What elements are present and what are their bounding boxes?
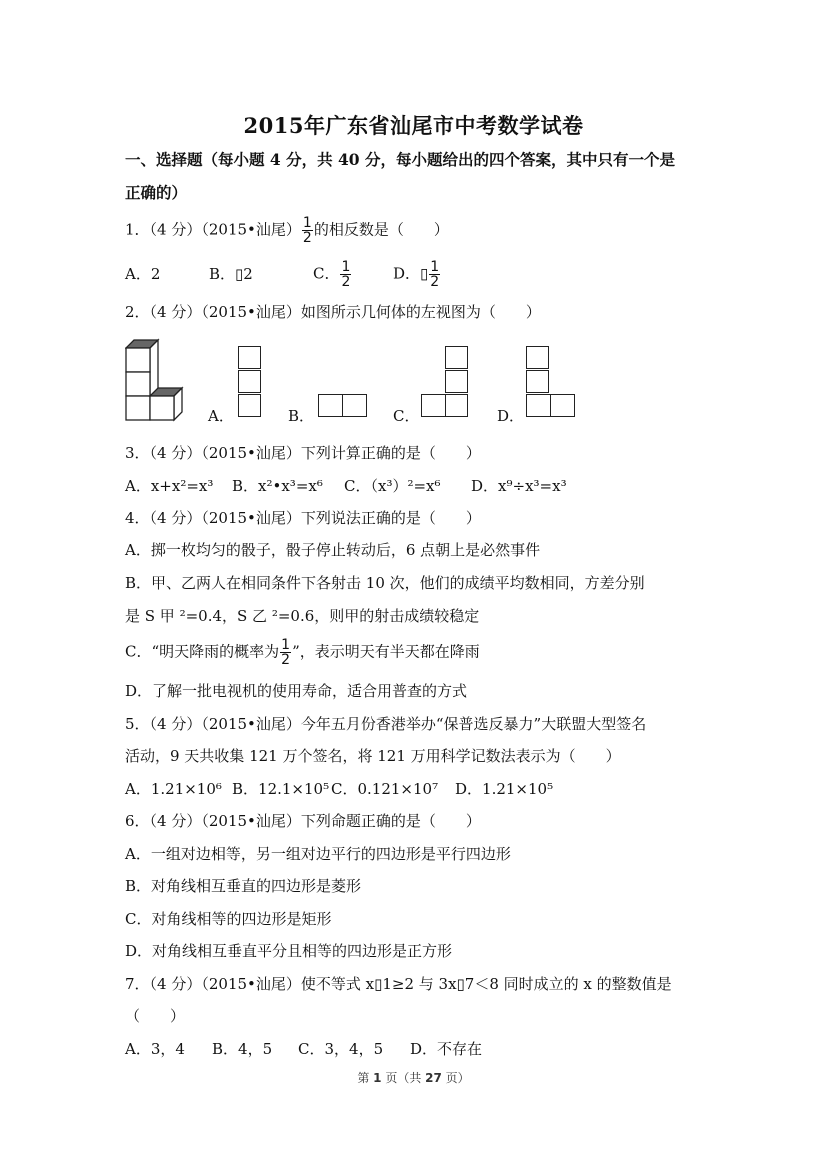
view-option-c bbox=[421, 346, 473, 422]
page-footer: 第 1 页（共 27 页） bbox=[0, 1069, 827, 1086]
question-7-options: A．3，4B．4，5C．3，4，5D．不存在 bbox=[125, 1039, 482, 1059]
question-3-options: A．x+x²=x³B．x²•x³=x⁶C．（x³）²=x⁶D．x⁹÷x³=x³ bbox=[125, 476, 567, 496]
view-square bbox=[238, 346, 261, 369]
question-stem: （4 分）（2015•汕尾）下列计算正确的是（ ） bbox=[150, 444, 481, 462]
fraction: 12 bbox=[429, 260, 440, 289]
option-b: B．▯2 bbox=[209, 264, 313, 284]
view-square bbox=[526, 346, 549, 369]
question-5-options: A．1.21×10⁶B．12.1×10⁵C．0.121×10⁷D．1.21×10… bbox=[125, 779, 553, 799]
option-b: B．x²•x³=x⁶ bbox=[232, 476, 344, 496]
question-4-option-b: B．甲、乙两人在相同条件下各射击 10 次，他们的成绩平均数相同，方差分别 bbox=[125, 573, 645, 593]
question-4-option-d: D．了解一批电视机的使用寿命，适合用普查的方式 bbox=[125, 681, 467, 701]
option-b-label: B． bbox=[288, 405, 314, 426]
option-c-label: C． bbox=[393, 405, 419, 426]
view-square bbox=[238, 394, 261, 417]
question-5: 5．（4 分）（2015•汕尾）今年五月份香港举办“保普选反暴力”大联盟大型签名 bbox=[125, 714, 646, 734]
question-5-cont: 活动，9 天共收集 121 万个签名，将 121 万用科学记数法表示为（ ） bbox=[125, 746, 621, 766]
question-number: 4． bbox=[125, 509, 150, 527]
question-6-option-b: B．对角线相互垂直的四边形是菱形 bbox=[125, 876, 361, 896]
question-stem: （4 分）（2015•汕尾） bbox=[150, 221, 301, 239]
option-a: A．3，4 bbox=[125, 1039, 212, 1059]
view-square bbox=[526, 394, 551, 417]
fraction: 12 bbox=[302, 216, 313, 245]
option-a: A．1.21×10⁶ bbox=[125, 779, 232, 799]
question-4-option-c: C．“明天降雨的概率为12”，表示明天有半天都在降雨 bbox=[125, 638, 480, 667]
view-square bbox=[550, 394, 575, 417]
question-stem-suffix: 的相反数是（ ） bbox=[314, 221, 449, 239]
option-d-label: D． bbox=[497, 405, 524, 426]
question-2: 2．（4 分）（2015•汕尾）如图所示几何体的左视图为（ ） bbox=[125, 302, 541, 322]
question-6-option-a: A．一组对边相等，另一组对边平行的四边形是平行四边形 bbox=[125, 844, 511, 864]
view-square bbox=[526, 370, 549, 393]
current-page: 1 bbox=[373, 1071, 381, 1085]
question-number: 5． bbox=[125, 715, 150, 733]
question-number: 2． bbox=[125, 303, 150, 321]
solid-figure bbox=[125, 338, 195, 424]
view-square bbox=[445, 346, 468, 369]
question-1-options: A．2B．▯2C．12D．▯12 bbox=[125, 260, 441, 289]
exam-page: 2015年广东省汕尾市中考数学试卷 一、选择题（每小题 4 分，共 40 分，每… bbox=[0, 0, 827, 1169]
view-square bbox=[445, 394, 468, 417]
question-number: 1． bbox=[125, 221, 150, 239]
option-d: D．▯12 bbox=[393, 260, 441, 289]
fraction: 12 bbox=[340, 260, 351, 289]
view-option-b bbox=[318, 394, 368, 420]
view-option-a bbox=[238, 346, 264, 422]
question-6: 6．（4 分）（2015•汕尾）下列命题正确的是（ ） bbox=[125, 811, 481, 831]
view-square bbox=[421, 394, 446, 417]
question-number: 6． bbox=[125, 812, 150, 830]
option-d: D．1.21×10⁵ bbox=[455, 779, 553, 799]
option-c: C．（x³）²=x⁶ bbox=[344, 476, 471, 496]
total-pages: 27 bbox=[425, 1071, 442, 1085]
question-number: 3． bbox=[125, 444, 150, 462]
option-a-label: A． bbox=[208, 405, 234, 426]
option-b: B．4，5 bbox=[212, 1039, 298, 1059]
option-c: C．3，4，5 bbox=[298, 1039, 410, 1059]
question-number: 7． bbox=[125, 975, 150, 993]
view-square bbox=[318, 394, 343, 417]
fraction: 12 bbox=[280, 638, 291, 667]
question-stem: （4 分）（2015•汕尾）下列命题正确的是（ ） bbox=[150, 812, 481, 830]
option-c: C．12 bbox=[313, 260, 393, 289]
question-7-cont: （ ） bbox=[125, 1006, 185, 1026]
question-1: 1．（4 分）（2015•汕尾）12的相反数是（ ） bbox=[125, 216, 449, 245]
question-4-option-b-cont: 是 S 甲 ²=0.4，S 乙 ²=0.6，则甲的射击成绩较稳定 bbox=[125, 606, 479, 626]
question-3: 3．（4 分）（2015•汕尾）下列计算正确的是（ ） bbox=[125, 443, 481, 463]
view-square bbox=[445, 370, 468, 393]
question-stem: （4 分）（2015•汕尾）如图所示几何体的左视图为（ ） bbox=[150, 303, 541, 321]
question-4: 4．（4 分）（2015•汕尾）下列说法正确的是（ ） bbox=[125, 508, 481, 528]
question-stem: （4 分）（2015•汕尾）今年五月份香港举办“保普选反暴力”大联盟大型签名 bbox=[150, 715, 647, 733]
option-d: D．x⁹÷x³=x³ bbox=[471, 476, 567, 496]
question-stem: （4 分）（2015•汕尾）使不等式 x▯1≥2 与 3x▯7＜8 同时成立的 … bbox=[150, 975, 672, 993]
view-square bbox=[342, 394, 367, 417]
section-heading-line2: 正确的） bbox=[125, 183, 187, 203]
option-a: A．2 bbox=[125, 264, 209, 284]
question-stem: （4 分）（2015•汕尾）下列说法正确的是（ ） bbox=[150, 509, 481, 527]
page-title: 2015年广东省汕尾市中考数学试卷 bbox=[0, 110, 827, 140]
option-c: C．0.121×10⁷ bbox=[331, 779, 455, 799]
question-4-option-a: A．掷一枚均匀的骰子，骰子停止转动后，6 点朝上是必然事件 bbox=[125, 540, 540, 560]
cube-stack-icon bbox=[125, 338, 195, 424]
section-heading-line1: 一、选择题（每小题 4 分，共 40 分，每小题给出的四个答案，其中只有一个是 bbox=[125, 150, 675, 170]
view-option-d bbox=[526, 346, 578, 422]
option-d: D．不存在 bbox=[410, 1039, 482, 1059]
view-square bbox=[238, 370, 261, 393]
question-7: 7．（4 分）（2015•汕尾）使不等式 x▯1≥2 与 3x▯7＜8 同时成立… bbox=[125, 974, 672, 994]
option-b: B．12.1×10⁵ bbox=[232, 779, 331, 799]
question-6-option-c: C．对角线相等的四边形是矩形 bbox=[125, 909, 332, 929]
question-6-option-d: D．对角线相互垂直平分且相等的四边形是正方形 bbox=[125, 941, 452, 961]
option-a: A．x+x²=x³ bbox=[125, 476, 232, 496]
